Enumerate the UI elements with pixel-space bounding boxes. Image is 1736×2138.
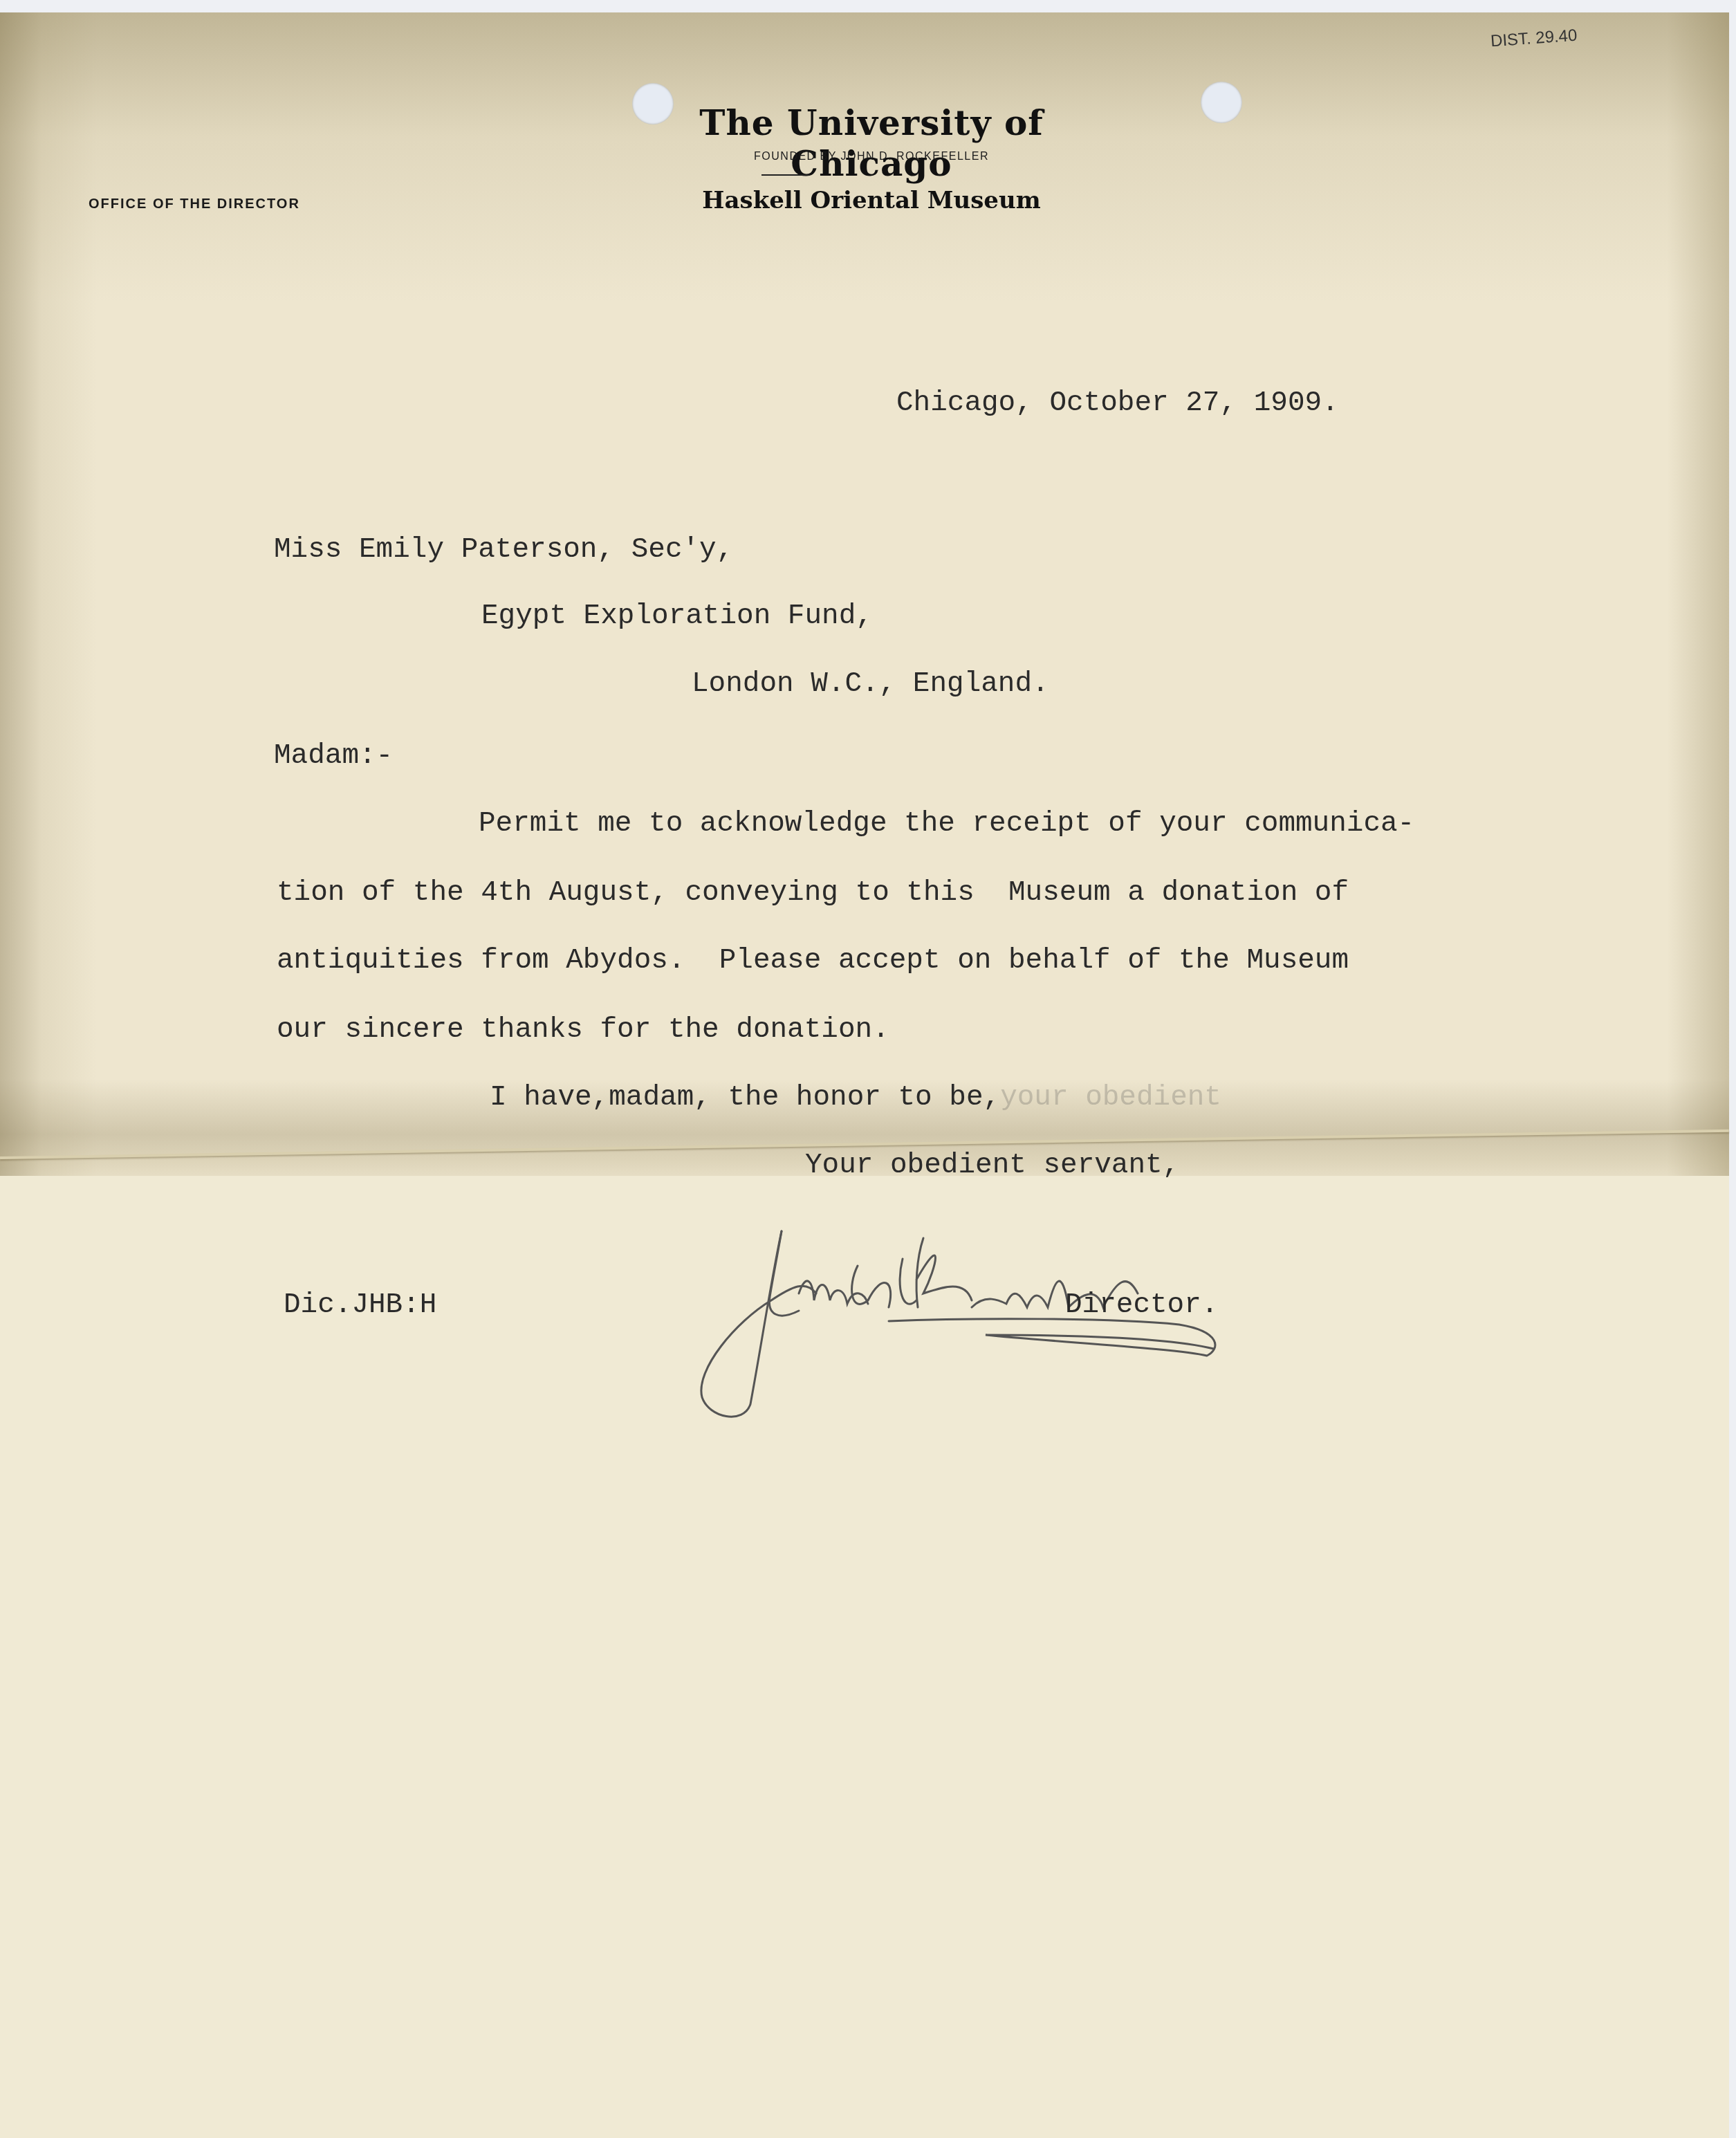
recipient-name: Miss Emily Paterson, Sec'y, bbox=[274, 534, 733, 566]
letterhead-museum: Haskell Oriental Museum bbox=[664, 187, 1079, 214]
punch-hole-right bbox=[1201, 82, 1242, 123]
dictation-reference: Dic.JHB:H bbox=[284, 1289, 436, 1321]
letterhead-office: OFFICE OF THE DIRECTOR bbox=[89, 196, 300, 212]
signatory-title: Director. bbox=[1065, 1289, 1218, 1321]
letterhead-divider bbox=[761, 174, 810, 176]
salutation: Madam:- bbox=[274, 740, 393, 772]
body-line: tion of the 4th August, conveying to thi… bbox=[277, 877, 1349, 909]
body-line: our sincere thanks for the donation. bbox=[277, 1014, 889, 1046]
recipient-address: London W.C., England. bbox=[692, 668, 1049, 700]
struck-text: your obedient bbox=[1000, 1082, 1221, 1114]
recipient-organization: Egypt Exploration Fund, bbox=[481, 600, 873, 632]
letterhead-institution: The University of Chicago bbox=[629, 102, 1114, 184]
closing-line: I have,madam, the honor to be,your obedi… bbox=[490, 1082, 1221, 1114]
closing-text: I have,madam, the honor to be, bbox=[490, 1082, 1000, 1114]
body-line: Permit me to acknowledge the receipt of … bbox=[479, 808, 1414, 840]
date-line: Chicago, October 27, 1909. bbox=[896, 387, 1339, 419]
body-line: antiquities from Abydos. Please accept o… bbox=[277, 945, 1349, 977]
letterhead-founded: FOUNDED BY JOHN D. ROCKEFELLER bbox=[685, 151, 1058, 163]
